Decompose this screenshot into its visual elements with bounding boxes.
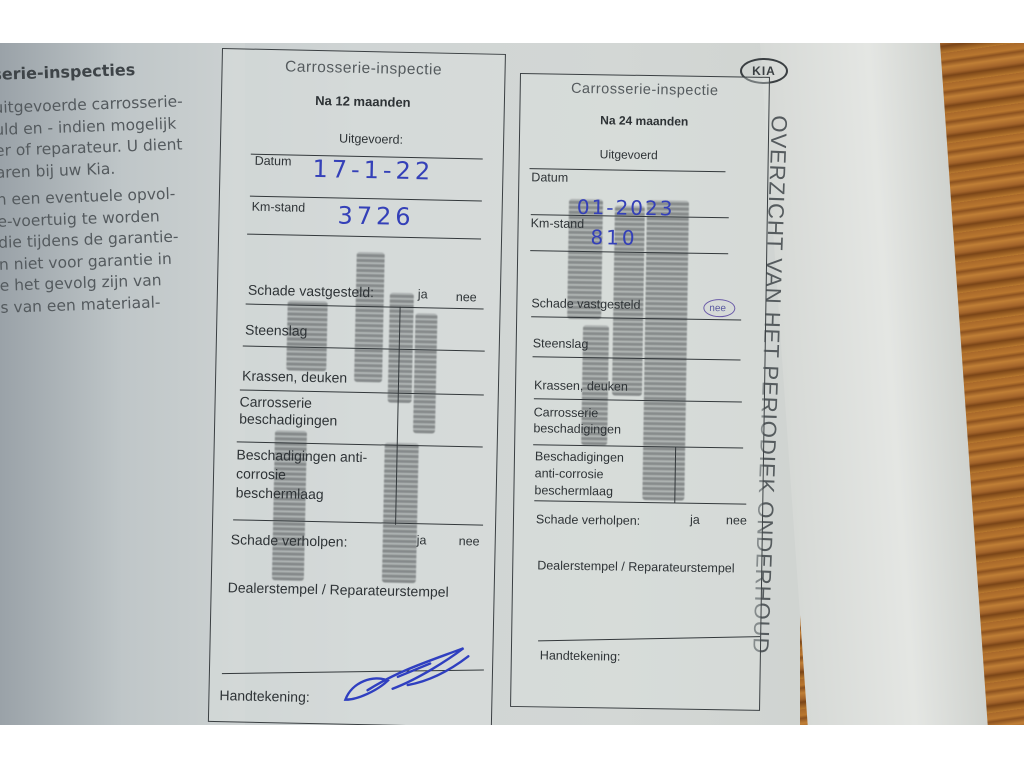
km-handwritten-value: 810 [590,225,638,250]
dealer-stamp-smudge [413,313,438,433]
performed-label: Uitgevoerd [600,147,658,162]
row-stone-chips: Steenslag [245,322,308,339]
row-scratches-dents: Krassen, deuken [534,378,628,393]
left-page-text: serie-inspecties uitgevoerde carrosserie… [0,57,241,325]
row-stone-chips: Steenslag [533,336,589,351]
damage-found-label: Schade vastgesteld: [248,282,374,301]
signature-label: Handtekening: [540,648,621,663]
no-label: nee [456,290,477,304]
yes-label: ja [418,287,428,301]
left-paragraph-2: n een eventuele opvol- e-voertuig te wor… [0,182,241,319]
dealer-stamp-smudge [382,442,419,583]
no-label: nee [459,534,480,548]
divider [534,398,742,402]
handwritten-signature [337,640,478,713]
performed-label: Uitgevoerd: [339,131,403,146]
booklet-left-page: serie-inspecties uitgevoerde carrosserie… [0,43,245,725]
dealer-stamp-smudge [642,200,689,501]
signature-line [538,636,760,641]
no-label: nee [726,513,747,527]
km-label: Km-stand [252,200,306,215]
card-title: Carrosserie-inspectie [521,80,769,100]
dealer-stamp-smudge [354,252,385,383]
yes-label: ja [690,513,700,527]
row-body-damage: Carrosserie beschadigingen [239,393,380,430]
card-subtitle: Na 24 maanden [520,112,768,130]
divider [233,519,483,525]
row-scratches-dents: Krassen, deuken [242,367,347,385]
card-title: Carrosserie-inspectie [222,57,504,81]
km-label: Km-stand [531,216,585,231]
card-subtitle: Na 12 maanden [222,91,504,112]
divider [247,234,481,240]
inspection-card-12-months: Carrosserie-inspectie Na 12 maanden Uitg… [208,48,506,725]
yes-label: ja [417,533,427,547]
signature-label: Handtekening: [219,687,310,705]
row-anticorrosion-damage: Beschadigingen anti-corrosie beschermlaa… [235,445,376,505]
km-handwritten-value: 3726 [337,201,415,231]
nee-circle-mark [703,299,735,318]
row-anticorrosion-damage: Beschadigingen anti-corrosie beschermlaa… [534,448,645,501]
left-paragraph-1: uitgevoerde carrosserie- uld en - indien… [0,90,236,184]
damage-found-label: Schade vastgesteld [531,296,640,312]
damage-repaired-label: Schade verholpen: [231,531,348,549]
date-handwritten-value: 17-1-22 [312,155,434,186]
row-body-damage: Carrosserie beschadigingen [533,404,643,438]
date-label: Datum [531,170,568,185]
stamp-label: Dealerstempel / Reparateurstempel [228,579,449,600]
left-page-heading: serie-inspecties [0,57,233,84]
stamp-label: Dealerstempel / Reparateurstempel [537,558,735,575]
inspection-card-24-months: Carrosserie-inspectie Na 24 maanden Uitg… [510,73,770,711]
maintenance-booklet-photo: serie-inspecties uitgevoerde carrosserie… [0,43,1024,725]
damage-repaired-label: Schade verholpen: [536,512,640,528]
date-label: Datum [255,154,292,169]
